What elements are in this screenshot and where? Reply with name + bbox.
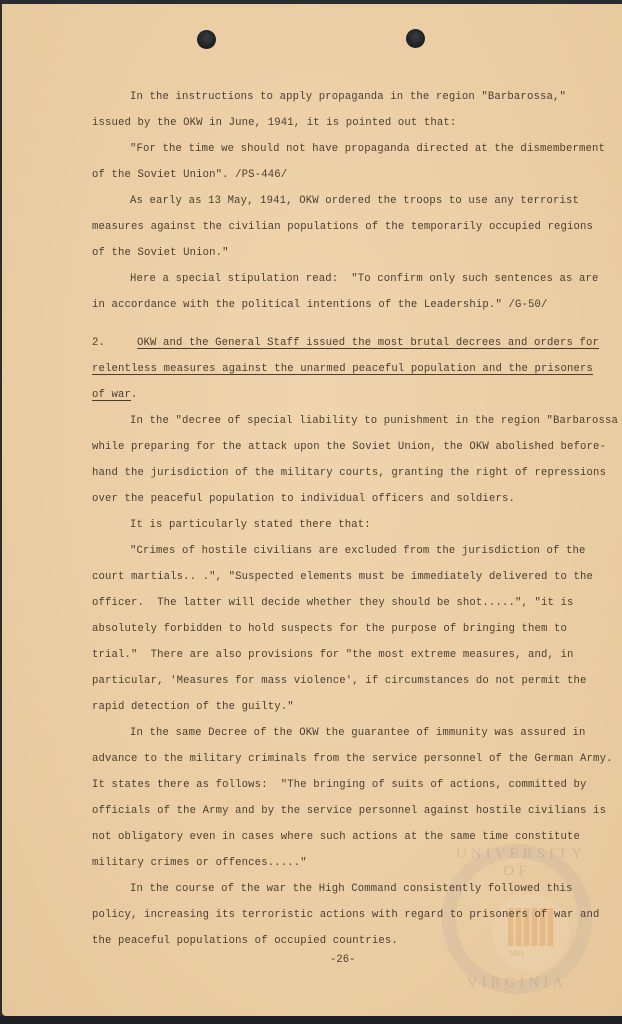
scanner-background (0, 1016, 622, 1024)
text-line: of the Soviet Union." (92, 246, 229, 260)
text-line: advance to the military criminals from t… (92, 752, 613, 766)
text-line: rapid detection of the guilty." (92, 700, 294, 714)
section-number: 2. (92, 337, 105, 349)
section-2-heading-line-2: relentless measures against the unarmed … (92, 362, 593, 376)
text-line: As early as 13 May, 1941, OKW ordered th… (92, 194, 579, 208)
section-heading-text: of war (92, 389, 131, 401)
page-number: -26- (330, 954, 355, 966)
text-line: "Crimes of hostile civilians are exclude… (92, 544, 586, 558)
text-line: not obligatory even in cases where such … (92, 830, 580, 844)
section-heading-period: . (131, 389, 138, 401)
section-2-heading-line-1: 2.OKW and the General Staff issued the m… (92, 336, 599, 350)
punch-hole-left (197, 30, 216, 49)
text-line: in accordance with the political intenti… (92, 298, 548, 312)
text-line: court martials.. .", "Suspected elements… (92, 570, 593, 584)
seal-bottom-text: VIRGINIA (456, 975, 578, 992)
text-line: of the Soviet Union". /PS-446/ (92, 168, 287, 182)
text-line: Here a special stipulation read: "To con… (92, 272, 599, 286)
text-line: measures against the civilian population… (92, 220, 593, 234)
text-line: In the "decree of special liability to p… (92, 414, 618, 428)
text-line: In the instructions to apply propaganda … (92, 90, 566, 104)
punch-hole-right (406, 29, 425, 48)
text-line: the peaceful populations of occupied cou… (92, 934, 398, 948)
text-line: It is particularly stated there that: (92, 518, 371, 532)
text-line: military crimes or offences....." (92, 856, 307, 870)
text-line: issued by the OKW in June, 1941, it is p… (92, 116, 456, 130)
text-line: absolutely forbidden to hold suspects fo… (92, 622, 567, 636)
section-heading-text: OKW and the General Staff issued the mos… (137, 337, 599, 349)
text-line: particular, 'Measures for mass violence'… (92, 674, 587, 688)
text-line: while preparing for the attack upon the … (92, 440, 606, 454)
document-page: UNIVERSITY OF 1819 VIRGINIA In the instr… (2, 4, 622, 1016)
text-line: In the course of the war the High Comman… (92, 882, 573, 896)
seal-top-text: UNIVERSITY OF (456, 846, 578, 880)
section-2-heading-line-3: of war. (92, 388, 138, 402)
text-line: hand the jurisdiction of the military co… (92, 466, 606, 480)
seal-year: 1819 (456, 950, 578, 958)
text-line: trial." There are also provisions for "t… (92, 648, 574, 662)
text-line: officials of the Army and by the service… (92, 804, 606, 818)
text-line: "For the time we should not have propaga… (92, 142, 605, 156)
text-line: It states there as follows: "The bringin… (92, 778, 587, 792)
text-line: policy, increasing its terroristic actio… (92, 908, 600, 922)
text-line: In the same Decree of the OKW the guaran… (92, 726, 586, 740)
text-line: officer. The latter will decide whether … (92, 596, 574, 610)
text-line: over the peaceful population to individu… (92, 492, 515, 506)
